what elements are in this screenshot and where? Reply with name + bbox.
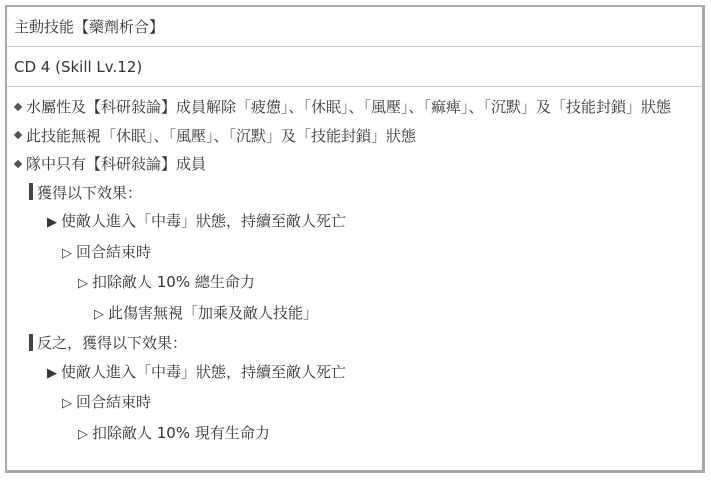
skill-card: 主動技能【藥劑析合】 CD 4 (Skill Lv.12) 水屬性及【科研敍論】…	[5, 5, 705, 473]
hollow-arrow-icon: ▷	[94, 301, 104, 330]
hollow-arrow-icon: ▷	[78, 421, 88, 450]
hollow-arrow-icon: ▷	[78, 270, 88, 299]
effect-line: ▶使敵人進入「中毒」狀態，持續至敵人死亡	[14, 207, 695, 238]
cooldown-row: CD 4 (Skill Lv.12)	[7, 47, 702, 87]
section-heading: 獲得以下效果：	[14, 179, 695, 208]
bullet-item: 水屬性及【科研敍論】成員解除「疲憊」、「休眠」、「風壓」、「痲痺」、「沉默」及「…	[14, 93, 684, 122]
diamond-bullet-icon	[14, 159, 22, 167]
effect-line: ▷扣除敵人 10% 總生命力	[14, 268, 695, 299]
skill-title: 主動技能【藥劑析合】	[14, 16, 164, 37]
effect-line: ▷此傷害無視「加乘及敵人技能」	[14, 299, 695, 330]
section-heading: 反之，獲得以下效果：	[14, 329, 695, 358]
effect-line: ▷回合結束時	[14, 388, 695, 419]
effect-line: ▶使敵人進入「中毒」狀態，持續至敵人死亡	[14, 358, 695, 389]
hollow-arrow-icon: ▷	[62, 240, 72, 269]
hollow-arrow-icon: ▷	[62, 390, 72, 419]
bullet-item: 此技能無視「休眠」、「風壓」、「沉默」及「技能封鎖」狀態	[14, 122, 695, 151]
effect-line: ▷回合結束時	[14, 238, 695, 269]
bullet-item: 隊中只有【科研敍論】成員	[14, 150, 695, 179]
vertical-bar-icon	[29, 334, 33, 351]
skill-title-row: 主動技能【藥劑析合】	[7, 7, 702, 47]
filled-arrow-icon: ▶	[47, 360, 57, 389]
diamond-bullet-icon	[14, 102, 22, 110]
cooldown-text: CD 4 (Skill Lv.12)	[14, 58, 142, 76]
effect-line: ▷扣除敵人 10% 現有生命力	[14, 419, 695, 450]
diamond-bullet-icon	[14, 131, 22, 139]
skill-description: 水屬性及【科研敍論】成員解除「疲憊」、「休眠」、「風壓」、「痲痺」、「沉默」及「…	[7, 87, 702, 449]
vertical-bar-icon	[29, 183, 33, 200]
filled-arrow-icon: ▶	[47, 209, 57, 238]
